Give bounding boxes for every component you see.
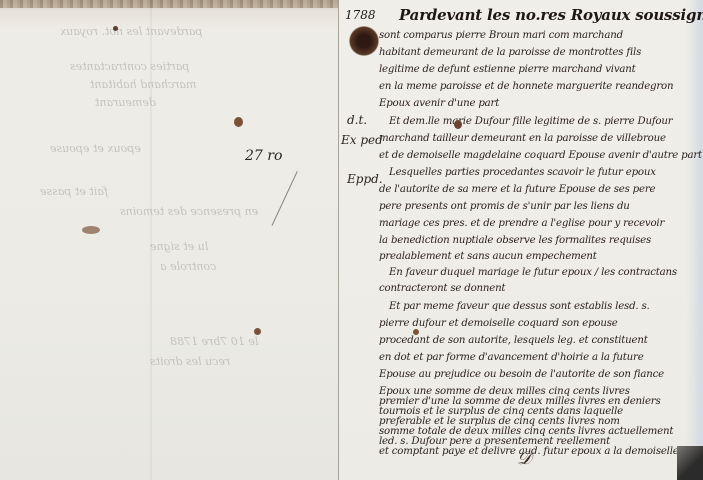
- text-line: procedant de son autorite, lesquels leg.…: [379, 335, 648, 346]
- show-through-line: controle a: [160, 260, 216, 273]
- text-line: de l'autorite de sa mere et la future Ep…: [379, 184, 655, 195]
- show-through-line: fait et passe: [40, 185, 108, 198]
- text-line: Lesquelles parties procedantes scavoir l…: [389, 167, 656, 178]
- text-line: sont comparus pierre Broun mari com marc…: [379, 30, 623, 41]
- text-line: pierre dufour et demoiselle coquard son …: [379, 318, 618, 329]
- ink-stain: [413, 329, 419, 335]
- document-spread: pardevant les not. royaux parties contra…: [0, 0, 703, 480]
- margin-note-exped: Ex ped: [341, 133, 383, 147]
- ink-stain: [254, 328, 261, 335]
- show-through-line: parties contractantes: [70, 60, 189, 73]
- year-label: 1788: [345, 8, 376, 22]
- text-line: en dot et par forme d'avancement d'hoiri…: [379, 352, 644, 363]
- show-through-line: marchand habitant: [90, 78, 196, 91]
- text-line: prealablement et sans aucun empechement: [379, 251, 597, 262]
- text-line: Et par meme faveur que dessus sont estab…: [389, 301, 650, 312]
- text-line: Et dem.lle marie Dufour fille legitime d…: [389, 116, 672, 127]
- torn-top-edge: [0, 0, 338, 8]
- text-line: marchand tailleur demeurant en la parois…: [379, 133, 666, 144]
- text-line: pere presents ont promis de s'unir par l…: [379, 201, 630, 212]
- text-line: Epouse au prejudice ou besoin de l'autor…: [379, 369, 664, 380]
- document-heading: Pardevant les no.res Royaux soussignes: [399, 6, 703, 24]
- margin-note-eppd: Eppd.: [347, 172, 383, 186]
- show-through-line: epoux et epouse: [50, 142, 141, 155]
- text-line: et de demoiselle magdelaine coquard Epou…: [379, 150, 702, 161]
- show-through-line: pardevant les not. royaux: [60, 25, 202, 38]
- show-through-line: recu les droits: [150, 355, 230, 368]
- ink-blot: [349, 26, 379, 56]
- notary-paraph: 𝒟: [517, 448, 531, 469]
- left-page-verso: pardevant les not. royaux parties contra…: [0, 0, 339, 480]
- ink-stain: [454, 120, 462, 129]
- text-line: mariage ces pres. et de prendre a l'egli…: [379, 218, 664, 229]
- speck: [113, 26, 118, 31]
- text-line: habitant demeurant de la paroisse de mon…: [379, 47, 641, 58]
- ink-stain: [234, 117, 243, 127]
- scanner-weight: [677, 446, 703, 480]
- show-through-line: le 10 7bre 1788: [170, 335, 258, 348]
- text-line: legitime de defunt estienne pierre march…: [379, 64, 636, 75]
- right-page-recto: 1788 d.t. Ex ped Eppd. Pardevant les no.…: [338, 0, 703, 480]
- text-line: Epoux avenir d'une part: [379, 98, 499, 109]
- show-through-line: demeurant: [95, 96, 156, 109]
- text-line: en la meme paroisse et de honnete margue…: [379, 81, 673, 92]
- text-line: la benediction nuptiale observe les form…: [379, 235, 651, 246]
- page-edge-shadow: [686, 0, 703, 480]
- foxing-stain: [82, 226, 100, 234]
- text-line: En faveur duquel mariage le futur epoux …: [389, 267, 677, 278]
- text-line: contracteront se donnent: [379, 283, 505, 294]
- margin-note-dt: d.t.: [347, 113, 367, 127]
- show-through-line: lu et signe: [150, 240, 208, 253]
